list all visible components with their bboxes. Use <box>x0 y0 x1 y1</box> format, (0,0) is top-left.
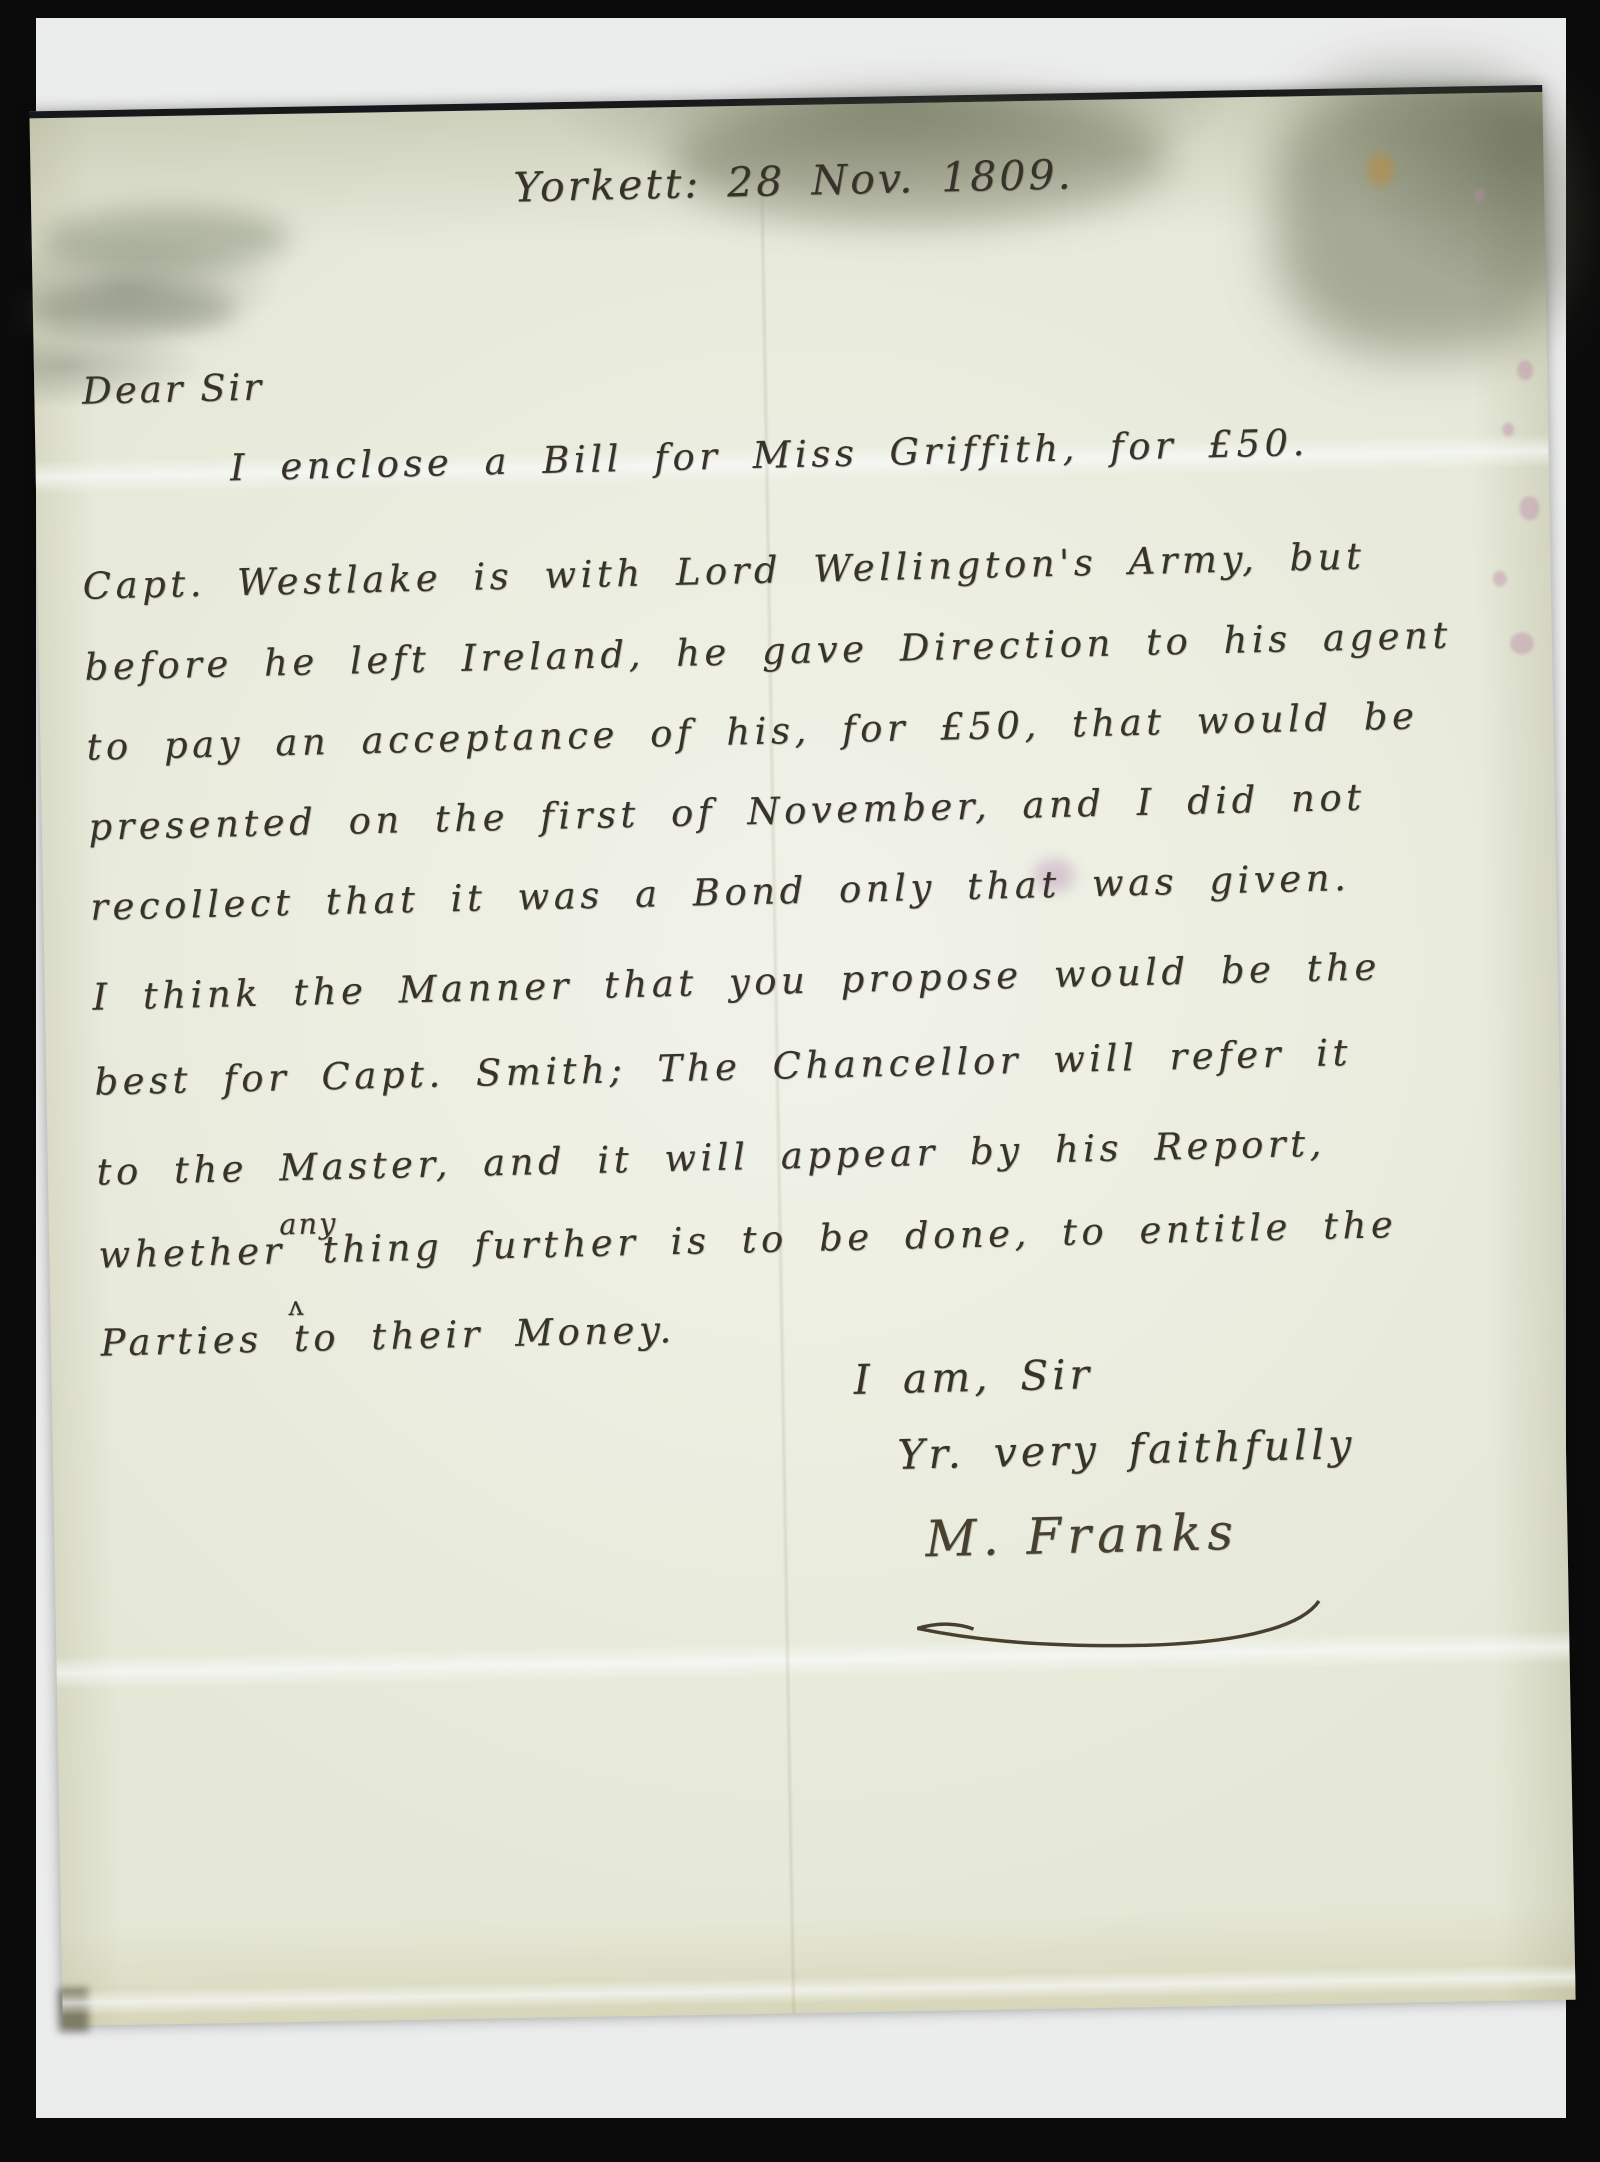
letter-closing-line: I am, Sir <box>853 1350 1093 1404</box>
letter-body-line: I enclose a Bill for Miss Griffith, for … <box>229 421 1309 489</box>
signature-flourish <box>899 1591 1331 1671</box>
interlinear-insertion: anyʌ <box>286 1262 323 1263</box>
letter-body-line: recollect that it was a Bond only that w… <box>90 856 1351 929</box>
handwritten-letter-text: Yorkett: 28 Nov. 1809. Dear Sir I enclos… <box>24 87 1582 2030</box>
letter-greeting: Dear Sir <box>82 366 265 413</box>
letter-body-line: Capt. Westlake is with Lord Wellington's… <box>82 535 1366 608</box>
insertion-before-text: whether <box>98 1229 286 1276</box>
letter-body-line: before he left Ireland, he gave Directio… <box>84 614 1452 689</box>
letter-body-line: to pay an acceptance of his, for £50, th… <box>86 694 1419 768</box>
letter-body-line: to the Master, and it will appear by his… <box>96 1122 1326 1194</box>
letter-body-line-with-insertion: whetheranyʌthing further is to be done, … <box>98 1203 1398 1277</box>
scanner-mat-background: Yorkett: 28 Nov. 1809. Dear Sir I enclos… <box>36 18 1566 2118</box>
letter-body-line: I think the Manner that you propose woul… <box>92 945 1381 1018</box>
letter-body-line: Parties to their Money. <box>100 1308 676 1365</box>
letter-body-line: best for Capt. Smith; The Chancellor wil… <box>94 1031 1352 1104</box>
letter-dateline: Yorkett: 28 Nov. 1809. <box>513 150 1074 211</box>
insertion-after-text: thing further is to be done, to entitle … <box>322 1203 1398 1271</box>
letter-closing-line: Yr. very faithfully <box>897 1420 1356 1479</box>
letter-signature: M. Franks <box>925 1503 1240 1568</box>
scanned-letter-page: { "letter": { "dateline": "Yorkett: 28 N… <box>0 0 1600 2162</box>
letter-paper: Yorkett: 28 Nov. 1809. Dear Sir I enclos… <box>29 85 1575 2026</box>
inserted-word: any <box>279 1206 338 1241</box>
letter-body-line: presented on the first of November, and … <box>88 776 1366 849</box>
